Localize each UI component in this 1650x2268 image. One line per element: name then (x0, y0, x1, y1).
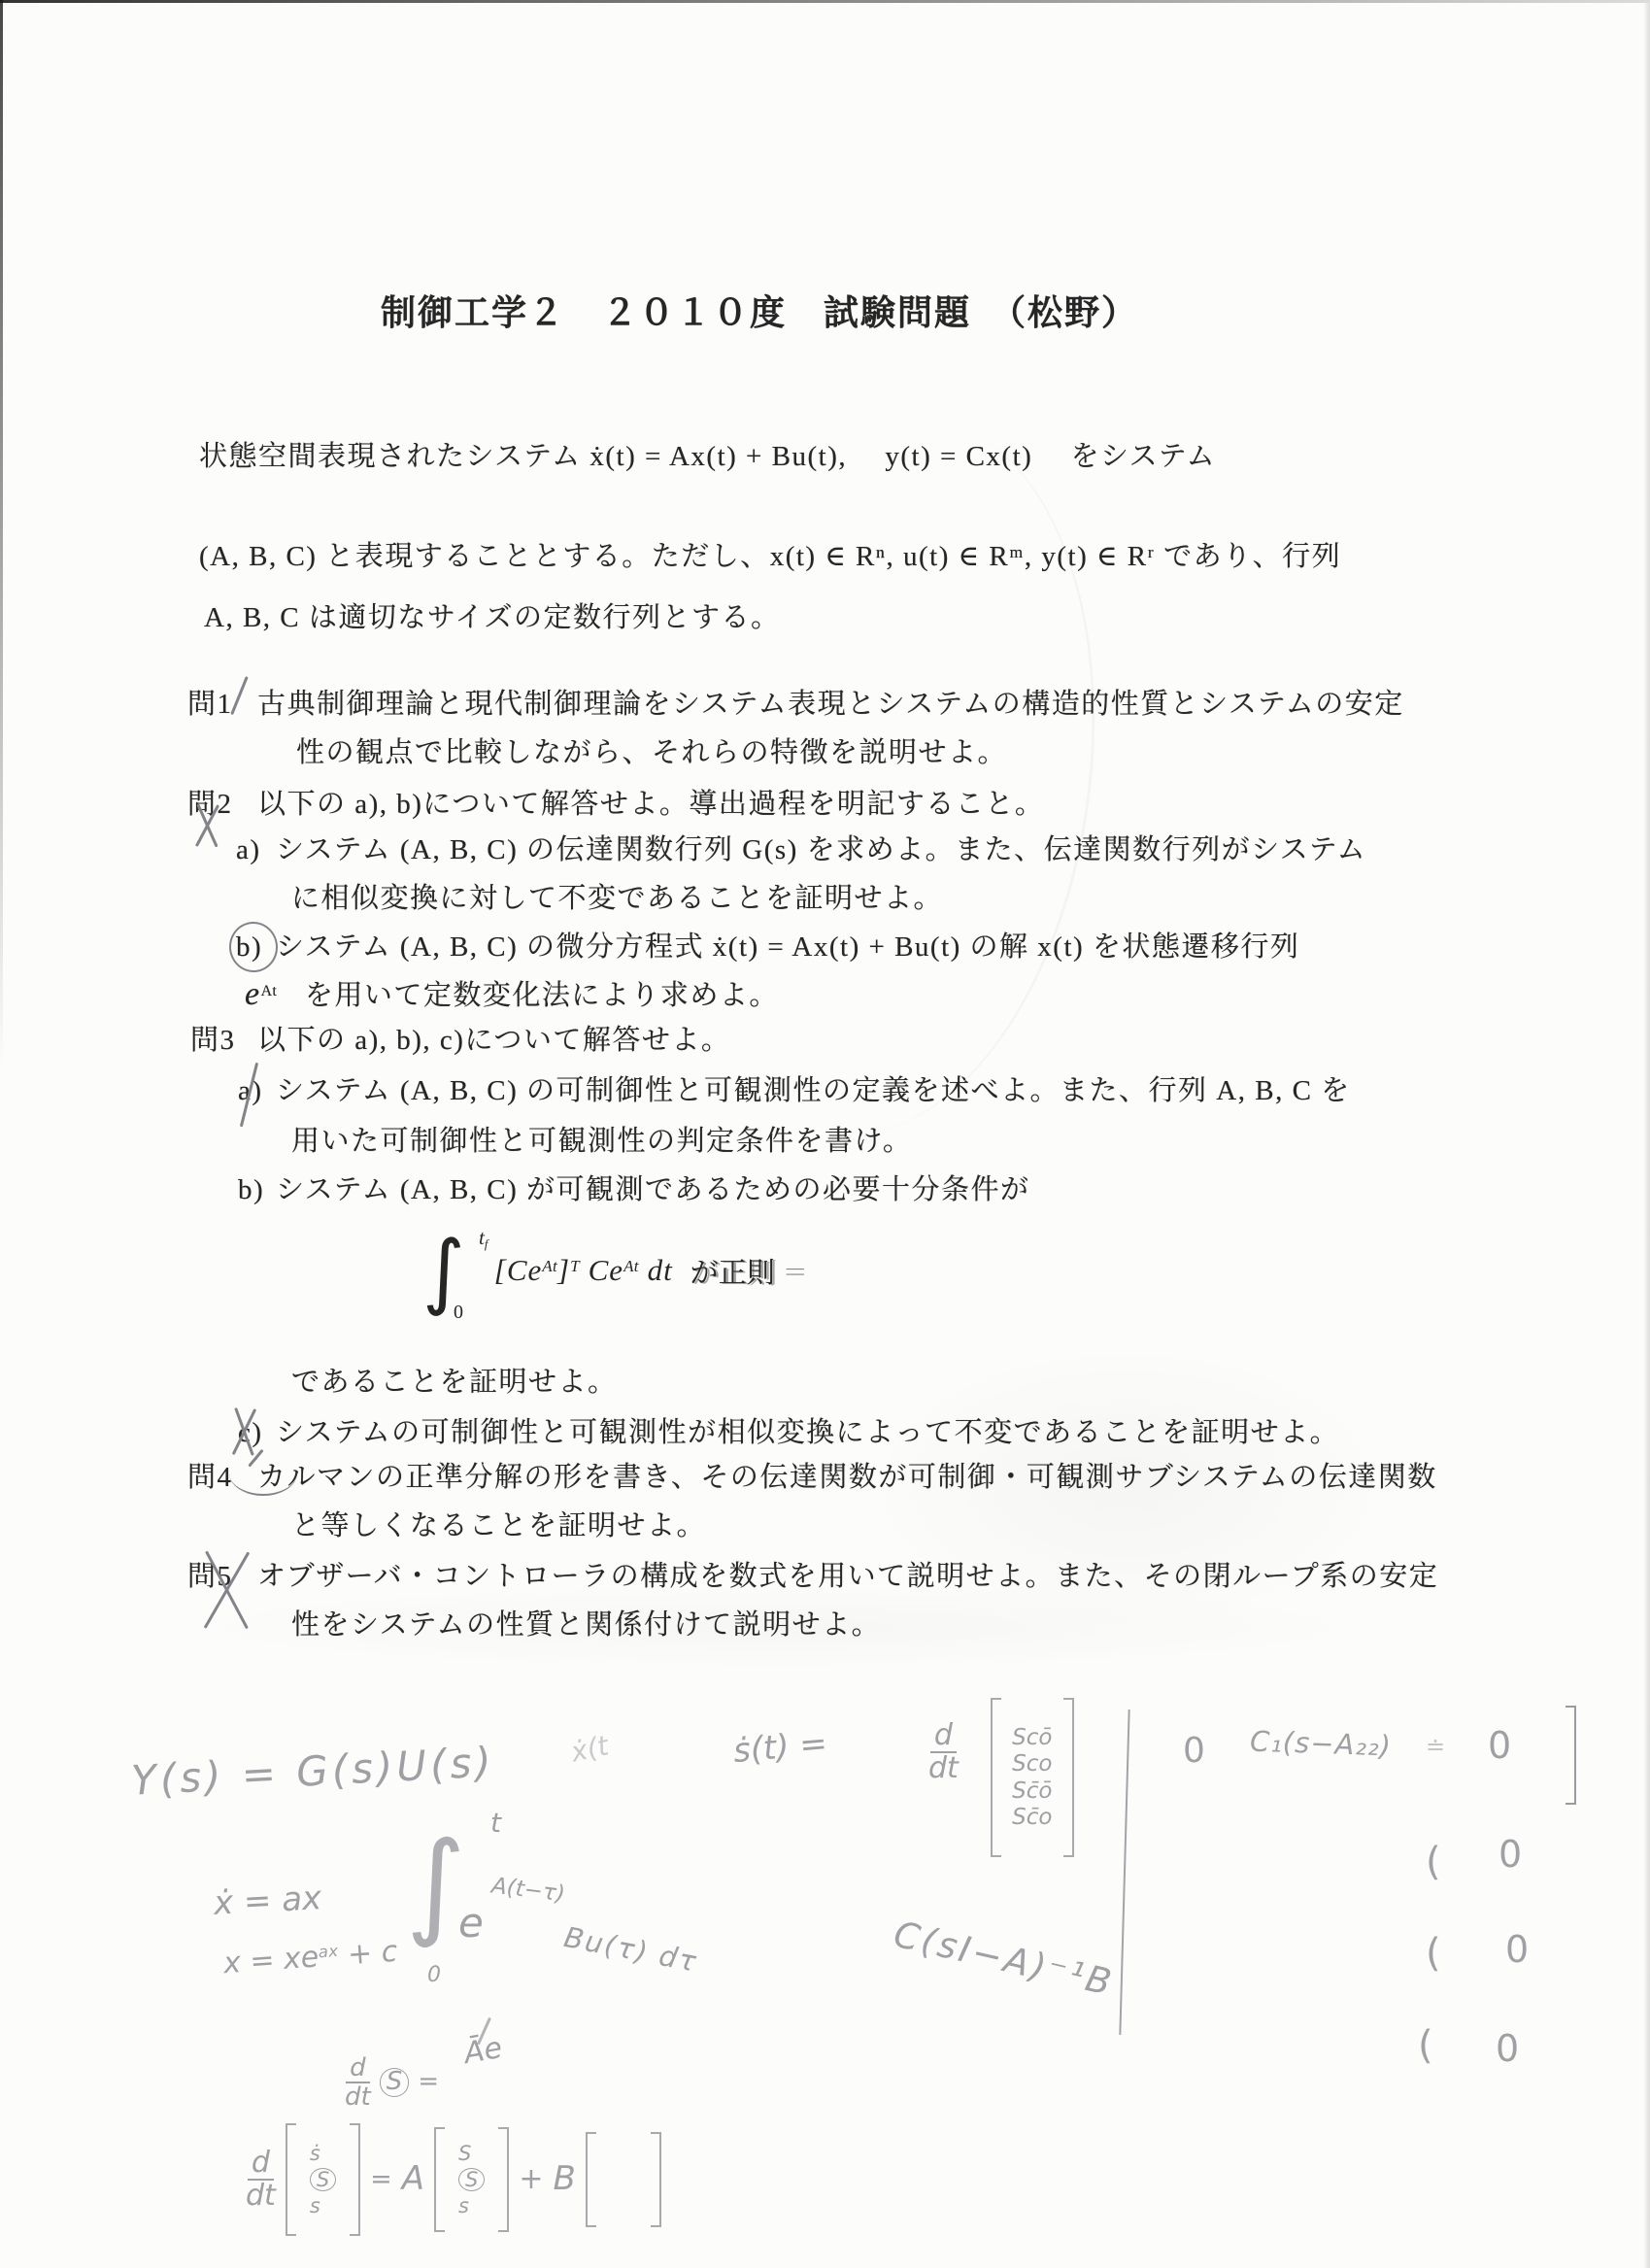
hw-vec-entry: ṡ (310, 2143, 320, 2164)
hw-integral-e: e (458, 1902, 484, 1945)
hw-zero-entry: ( (1426, 1842, 1441, 1882)
q3b-line-1: システム (A, B, C) が可観測であるための必要十分条件が (276, 1172, 1030, 1207)
hw-bot-num: d (248, 2149, 274, 2181)
q3a-line-1: システム (A, B, C) の可制御性と可観測性の定義を述べよ。また、行列 A… (276, 1073, 1351, 1108)
hw-solution-sup: ax (318, 1942, 339, 1961)
intro-line-1: 状態空間表現されたシステム ẋ(t) = Ax(t) + Bu(t), y(t)… (199, 439, 1216, 474)
hw-ds-eq: ddt S = (345, 2055, 439, 2110)
hw-solution-pre: x = xe (222, 1940, 320, 1980)
hw-zero-entry: ( (1418, 2025, 1433, 2066)
q1-label: 問1 (187, 687, 233, 722)
integral-lower-limit: 0 (454, 1302, 463, 1324)
q1-line-2: 性の観点で比較しながら、それらの特徴を説明せよ。 (296, 735, 1007, 770)
hw-matrix-u: 0 (1488, 1727, 1511, 1766)
upper-limit-f: f (485, 1237, 488, 1251)
right-bracket (1063, 1698, 1074, 1857)
hw-xdot-eq: ẋ = ax (213, 1881, 322, 1921)
hw-state-entry: Sc̄ō (1012, 1779, 1052, 1803)
right-bracket (498, 2127, 509, 2232)
hw-bot-equals: = (370, 2166, 392, 2193)
q3-head: 以下の a), b), c)について解答せよ。 (257, 1023, 730, 1058)
hw-vec-entry-circled: S (310, 2168, 336, 2191)
integrand-part: [Ce (494, 1253, 543, 1287)
scan-edge-right (1643, 0, 1650, 2268)
q5-label: 問5 (187, 1559, 233, 1594)
hw-integral-upper: t (490, 1809, 501, 1837)
q2a-label: a) (236, 832, 261, 867)
q3c-line-1: システムの可制御性と可観測性が相似変換によって不変であることを証明せよ。 (276, 1415, 1339, 1450)
hw-ds-num: d (346, 2055, 370, 2083)
integrand-sup: T (570, 1257, 580, 1275)
scanned-exam-page: 制御工学２ ２０１０度 試験問題 （松野） 状態空間表現されたシステム ẋ(t)… (0, 0, 1650, 2268)
exp-e-base: e (245, 976, 261, 1012)
hw-sdot-eq: ṡ(t) = (732, 1727, 829, 1770)
hw-transfer-function-eq: Y(s) = G(s)U(s) (130, 1741, 496, 1803)
q3b-line-2: であることを証明せよ。 (291, 1365, 618, 1400)
hw-integral-lower: 0 (427, 1964, 441, 1986)
hw-solution-eq: x = xeax + c (222, 1937, 398, 1980)
hw-bottom-state-eq: ddt ṡ S s = A S S s + B (246, 2123, 661, 2236)
hw-vec-entry: s (458, 2195, 469, 2217)
integrand-sup: At (542, 1257, 557, 1275)
integrand-part: ] (557, 1253, 570, 1287)
hw-bot-plus: + (519, 2164, 543, 2195)
hw-ddt-num: d (930, 1721, 957, 1753)
q2a-line-2: に相似変換に対して不変であることを証明せよ。 (291, 881, 943, 916)
hw-zero-entry: ( (1426, 1933, 1441, 1974)
hw-vec-entry-circled: S (458, 2168, 485, 2191)
hw-state-vector: Scō Sco Sc̄ō Sc̄o (991, 1698, 1074, 1857)
observability-integral-formula: ∫ tf 0 [CeAt]T CeAt dt が正則 ＝ (422, 1230, 808, 1311)
integrand-sup: At (623, 1257, 639, 1275)
integrand-part: Ce (580, 1253, 623, 1287)
upper-limit-t: t (479, 1226, 485, 1249)
q2b-line-1: システム (A, B, C) の微分方程式 ẋ(t) = Ax(t) + Bu(… (276, 930, 1299, 965)
hw-big-left-bracket (1119, 1709, 1129, 2035)
q5-line-1: オブザーバ・コントローラの構成を数式を用いて説明せよ。また、その閉ループ系の安定 (257, 1559, 1438, 1594)
hw-ds-equals: = (418, 2069, 439, 2095)
hw-integral-sign: ∫ (406, 1824, 465, 1945)
hw-ddt-den: dt (928, 1753, 959, 1783)
intro-line-2: (A, B, C) と表現することとする。ただし、x(t) ∈ Rⁿ, u(t)… (199, 539, 1341, 574)
hw-state-entry: Sco (1012, 1752, 1052, 1776)
q2-label: 問2 (187, 787, 233, 822)
hw-ds-den: dt (345, 2083, 371, 2110)
hw-matrix-zero: 0 (1183, 1733, 1205, 1770)
hw-zero-entry: 0 (1498, 1836, 1522, 1875)
q2-head: 以下の a), b)について解答せよ。導出過程を明記すること。 (257, 787, 1044, 822)
scan-edge-left (0, 0, 3, 1068)
intro-line-3: A, B, C は適切なサイズの定数行列とする。 (204, 600, 781, 635)
integrand-part: dt (639, 1253, 673, 1287)
q3b-label: b) (238, 1172, 264, 1207)
hw-vec-entry: S (458, 2143, 471, 2164)
q3a-line-2: 用いた可制御性と可観測性の判定条件を書け。 (291, 1124, 912, 1159)
integrand: [CeAt]T CeAt dt (494, 1253, 673, 1287)
q5-line-2: 性をシステムの性質と関係付けて説明せよ。 (291, 1608, 881, 1642)
hw-zero-entry: 0 (1505, 1931, 1529, 1970)
scan-edge-top (0, 0, 1650, 3)
hw-bot-A: A (402, 2162, 424, 2197)
hw-integral-exponent: A(t−τ) (490, 1874, 566, 1906)
q2b-label: b) (236, 930, 262, 965)
hw-ds-circled-s: S (380, 2068, 410, 2096)
left-bracket (286, 2123, 296, 2236)
hw-csia-expression: C(sI−A)⁻¹B (891, 1916, 1118, 2004)
integral-upper-limit: tf (479, 1226, 488, 1250)
hw-ddt-fraction: ddt (928, 1721, 959, 1783)
hw-solution-tail: + c (347, 1935, 398, 1972)
hw-big-right-bracket (1566, 1706, 1576, 1805)
page-title: 制御工学２ ２０１０度 試験問題 （松野） (381, 291, 1138, 335)
exp-e-sup: At (261, 983, 278, 999)
left-bracket (586, 2132, 596, 2227)
q4-line-1: カルマンの正準分解の形を書き、その伝達関数が可制御・可観測サブシステムの伝達関数 (257, 1460, 1437, 1495)
q1-line-1: 古典制御理論と現代制御理論をシステム表現とシステムの構造的性質とシステムの安定 (257, 687, 1404, 722)
hw-xdot-partial: ẋ(t (568, 1731, 611, 1767)
hw-zero-entry: 0 (1496, 2030, 1519, 2069)
q3-label: 問3 (190, 1023, 236, 1058)
hw-bot-B: B (554, 2162, 576, 2197)
hw-ds-note: Āe (462, 2033, 505, 2070)
q4-label: 問4 (187, 1460, 233, 1495)
regularity-note: が正則 (690, 1258, 775, 1289)
hw-integral-tail: Bu(τ) dτ (561, 1922, 700, 1977)
hw-bot-den: dt (246, 2181, 276, 2211)
q4-line-2: と等しくなることを証明せよ。 (291, 1508, 706, 1543)
q3a-label: a) (238, 1073, 263, 1108)
hw-vec-entry: s (310, 2195, 320, 2217)
hw-state-entry: Sc̄o (1012, 1806, 1052, 1829)
q2b-line-2-text: を用いて定数変化法により求めよ。 (305, 980, 779, 1011)
q2b-line-2: eAt を用いて定数変化法により求めよ。 (245, 974, 779, 1016)
left-bracket (991, 1698, 1001, 1857)
q2a-line-1: システム (A, B, C) の伝達関数行列 G(s) を求めよ。また、伝達関数… (276, 832, 1366, 867)
q3c-label: c) (238, 1415, 263, 1450)
left-bracket (434, 2127, 445, 2232)
right-bracket (651, 2132, 661, 2227)
right-bracket (350, 2123, 360, 2236)
regularity-note-ghost: ＝ (783, 1259, 808, 1287)
hw-matrix-dot: ≐ (1426, 1735, 1445, 1759)
hw-matrix-c1-entry: C₁(s−A₂₂) (1250, 1726, 1393, 1761)
hw-state-entry: Scō (1012, 1726, 1052, 1749)
